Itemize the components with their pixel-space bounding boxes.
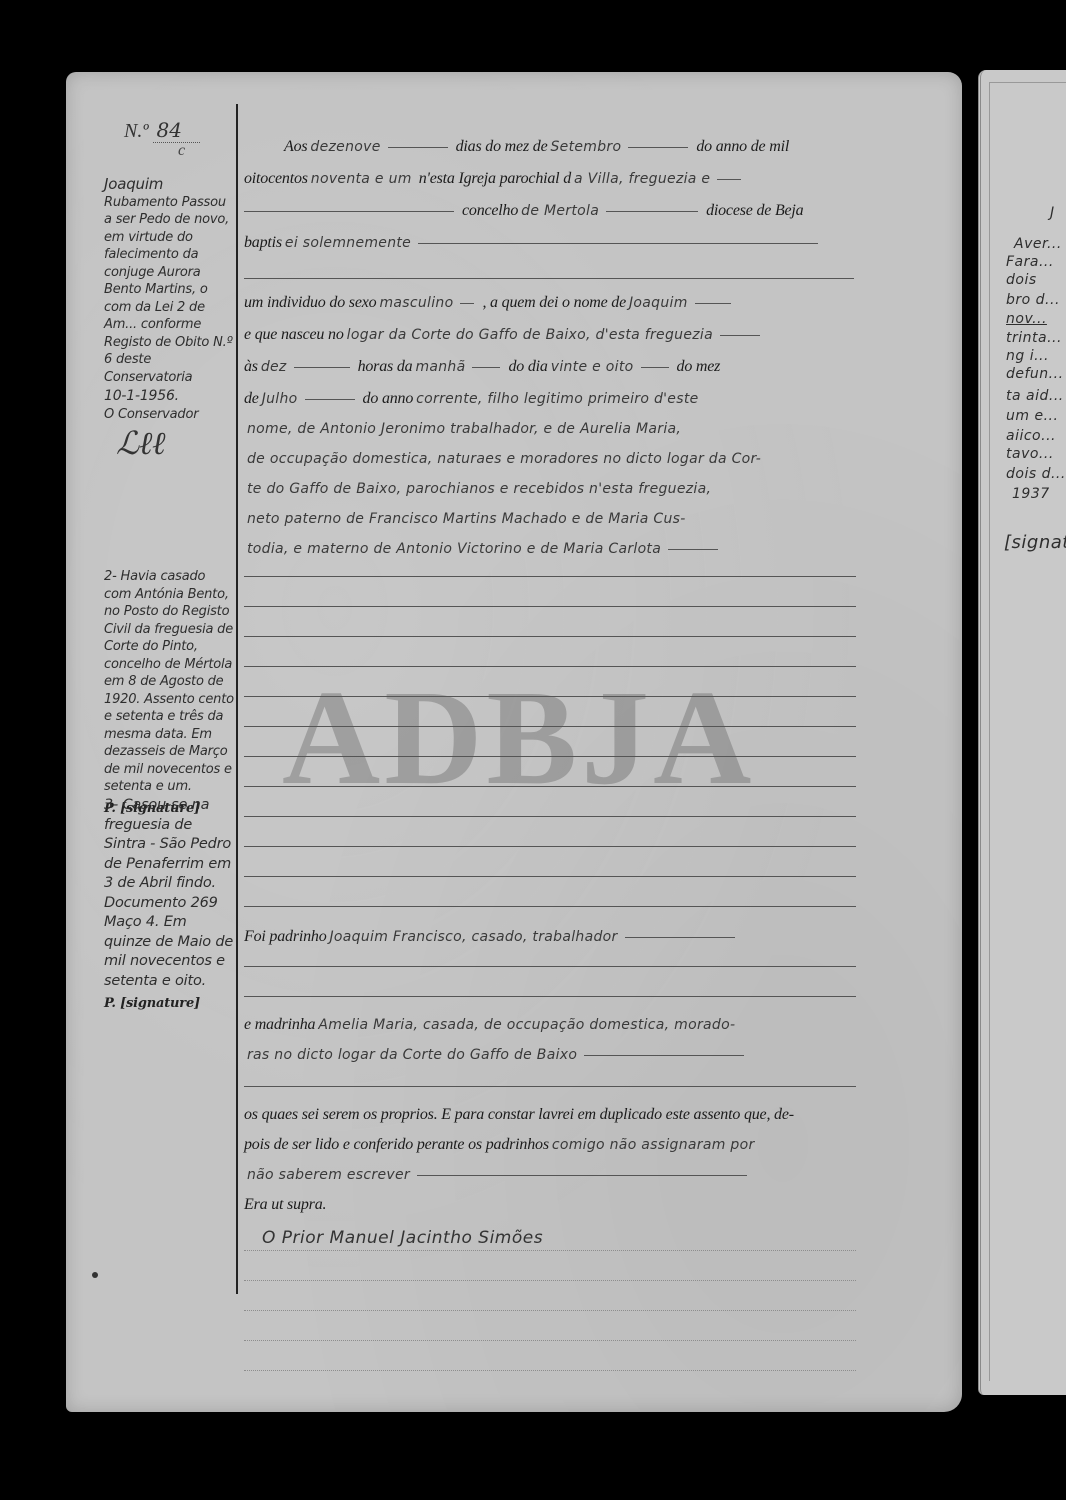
body-line-2: oitocentosnoventa e um n'esta Igreja par… [244,170,884,196]
cancel-line [244,996,856,997]
body-line-1: Aosdezenove dias do mez deSetembro do an… [244,138,884,164]
body-line-12: neto paterno de Francisco Martins Machad… [244,510,884,536]
cancel-line [244,278,854,279]
blank-rule [244,1370,856,1371]
printed-text: e madrinha [244,1016,315,1033]
cancel-line [244,666,856,667]
margin-note-1-text: Rubamento Passou a ser Pedo de novo, em … [104,194,236,387]
handwritten-municipality: de Mertola [518,203,602,219]
cancel-line [244,906,856,907]
body-line-7: àsdez horas damanhã do diavinte e oito d… [244,358,884,384]
adjacent-page-heading: J [1050,205,1055,221]
adjacent-page-line: trinta... [1006,330,1062,346]
handwritten-parents-residence: de occupação domestica, naturaes e morad… [244,451,764,467]
printed-text: do dia [508,358,547,375]
godmother-line: e madrinhaAmelia Maria, casada, de occup… [244,1016,884,1042]
margin-annotation-3: 3- Casou-se na freguesia de Sintra - São… [104,796,236,1017]
handwritten-godmother: Amelia Maria, casada, de occupação domes… [315,1017,738,1033]
printed-text: pois de ser lido e conferido perante os … [244,1136,549,1153]
margin-annotation-1: Joaquim Rubamento Passou a ser Pedo de n… [104,176,236,459]
cancel-line [244,966,856,967]
closing-line-1: os quaes sei serem os proprios. E para c… [244,1106,884,1132]
adjacent-page-line: dois d... [1006,466,1066,482]
handwritten-sex: masculino [376,295,456,311]
blank-rule [244,1250,856,1251]
printed-text: Aos [284,138,307,155]
printed-text: do mez [677,358,721,375]
handwritten-paternal-grandparents: neto paterno de Francisco Martins Machad… [244,511,689,527]
godfather-line: Foi padrinhoJoaquim Francisco, casado, t… [244,928,884,954]
handwritten-birth-month: Julho [259,391,301,407]
margin-note-1-date: 10-1-1956. [104,388,236,406]
body-line-10: de occupação domestica, naturaes e morad… [244,450,884,476]
adjacent-page-line: dois [1006,272,1037,288]
handwritten-baptism-type: ei solemnemente [282,235,414,251]
body-line-3: concelhode Mertola diocese de Beja [244,202,884,228]
printed-text: concelho [462,202,518,219]
adjacent-page-line: nov... [1006,311,1047,327]
handwritten-parishioners: te do Gaffo de Baixo, parochianos e rece… [244,481,714,497]
cancel-line [244,696,856,697]
cancel-line [244,1086,856,1087]
printed-text: dias do mez de [456,138,548,155]
handwritten-parents: nome, de Antonio Jeronimo trabalhador, e… [244,421,684,437]
margin-rule [236,104,238,1294]
blank-rule [244,1340,856,1341]
margin-note-3-signature: P. [signature] [104,995,236,1013]
handwritten-period: manhã [412,359,468,375]
adjacent-page-line: ta aid... [1006,388,1064,404]
handwritten-month: Setembro [547,139,624,155]
margin-note-1-signature-icon: ℒℓℓ [116,427,236,459]
adjacent-page-line: aiico... [1006,428,1056,444]
printed-text: Foi padrinho [244,928,327,945]
printed-text: um individuo do sexo [244,294,376,311]
closing-line-2: pois de ser lido e conferido perante os … [244,1136,884,1162]
margin-annotation-2: 2- Havia casado com Antónia Bento, no Po… [104,568,236,821]
handwritten-parish: a Villa, freguezia e [571,171,713,187]
printed-text: n'esta Igreja parochial d [419,170,571,187]
cancel-line [244,786,856,787]
body-line-9: nome, de Antonio Jeronimo trabalhador, e… [244,420,884,446]
body-line-5: um individuo do sexomasculino , a quem d… [244,294,884,320]
handwritten-year: noventa e um [308,171,415,187]
handwritten-birthplace: logar da Corte do Gaffo de Baixo, d'esta… [344,327,716,343]
body-line-4: baptisei solemnemente [244,234,884,260]
adjacent-page-line: defun... [1006,366,1064,382]
adjacent-page-line: 1937 [1012,486,1050,502]
margin-note-2-text: 2- Havia casado com Antónia Bento, no Po… [104,568,236,796]
printed-text: do anno de mil [696,138,789,155]
adjacent-page-line: um e... [1006,408,1058,424]
era-line: Era ut supra. [244,1196,884,1222]
margin-note-3-text: 3- Casou-se na freguesia de Sintra - São… [104,796,236,991]
entry-number-value: 84 [153,118,200,143]
closing-line-3: não saberem escrever [244,1166,884,1192]
ink-speck [92,1272,98,1278]
handwritten-hour: dez [258,359,290,375]
adjacent-page-signature: [signature] [1004,532,1066,553]
entry-suffix: c [178,142,185,160]
cancel-line [244,816,856,817]
printed-text: diocese de Beja [706,202,803,219]
godmother-line-2: ras no dicto logar da Corte do Gaffo de … [244,1046,884,1072]
printed-text: do anno [363,390,414,407]
cancel-line [244,576,856,577]
handwritten-illiterate-note: não saberem escrever [244,1167,413,1183]
handwritten-godfather: Joaquim Francisco, casado, trabalhador [327,929,621,945]
handwritten-signing-note: comigo não assignaram por [549,1137,758,1153]
printed-text: horas da [358,358,413,375]
cancel-line [244,846,856,847]
printed-text: e que nasceu no [244,326,344,343]
cancel-line [244,606,856,607]
handwritten-given-name: Joaquim [626,295,691,311]
printed-text: de [244,390,259,407]
handwritten-birth-day: vinte e oito [548,359,637,375]
handwritten-filiation: corrente, filho legitimo primeiro d'este [413,391,701,407]
margin-note-1-signoff: O Conservador [104,406,236,424]
body-line-8: deJulho do annocorrente, filho legitimo … [244,390,884,416]
handwritten-day: dezenove [307,139,383,155]
margin-baptized-name: Joaquim [104,176,236,194]
printed-text: Era ut supra. [244,1196,326,1213]
printed-text: os quaes sei serem os proprios. E para c… [244,1106,794,1123]
blank-rule [244,1280,856,1281]
adjacent-page-line: ng i... [1006,348,1049,364]
adjacent-page-line: Fara... [1006,254,1054,270]
body-line-6: e que nasceu nologar da Corte do Gaffo d… [244,326,884,352]
body-line-11: te do Gaffo de Baixo, parochianos e rece… [244,480,884,506]
printed-text: oitocentos [244,170,308,187]
entry-number-label: N.º [124,120,149,142]
printed-text: , a quem dei o nome de [482,294,626,311]
cancel-line [244,756,856,757]
adjacent-page-line: tavo... [1006,446,1054,462]
handwritten-godmother-residence: ras no dicto logar da Corte do Gaffo de … [244,1047,580,1063]
entry-number: N.º84 [124,118,200,143]
cancel-line [244,876,856,877]
cancel-line [244,726,856,727]
handwritten-maternal-grandparents: todia, e materno de Antonio Victorino e … [244,541,664,557]
body-line-13: todia, e materno de Antonio Victorino e … [244,540,884,566]
printed-text: às [244,358,258,375]
cancel-line [244,636,856,637]
adjacent-page-line: bro d... [1006,292,1060,308]
blank-rule [244,1310,856,1311]
adjacent-page-line: Aver... [1014,236,1062,252]
priest-signature: O Prior Manuel Jacintho Simões [262,1228,543,1248]
printed-text: baptis [244,234,282,251]
